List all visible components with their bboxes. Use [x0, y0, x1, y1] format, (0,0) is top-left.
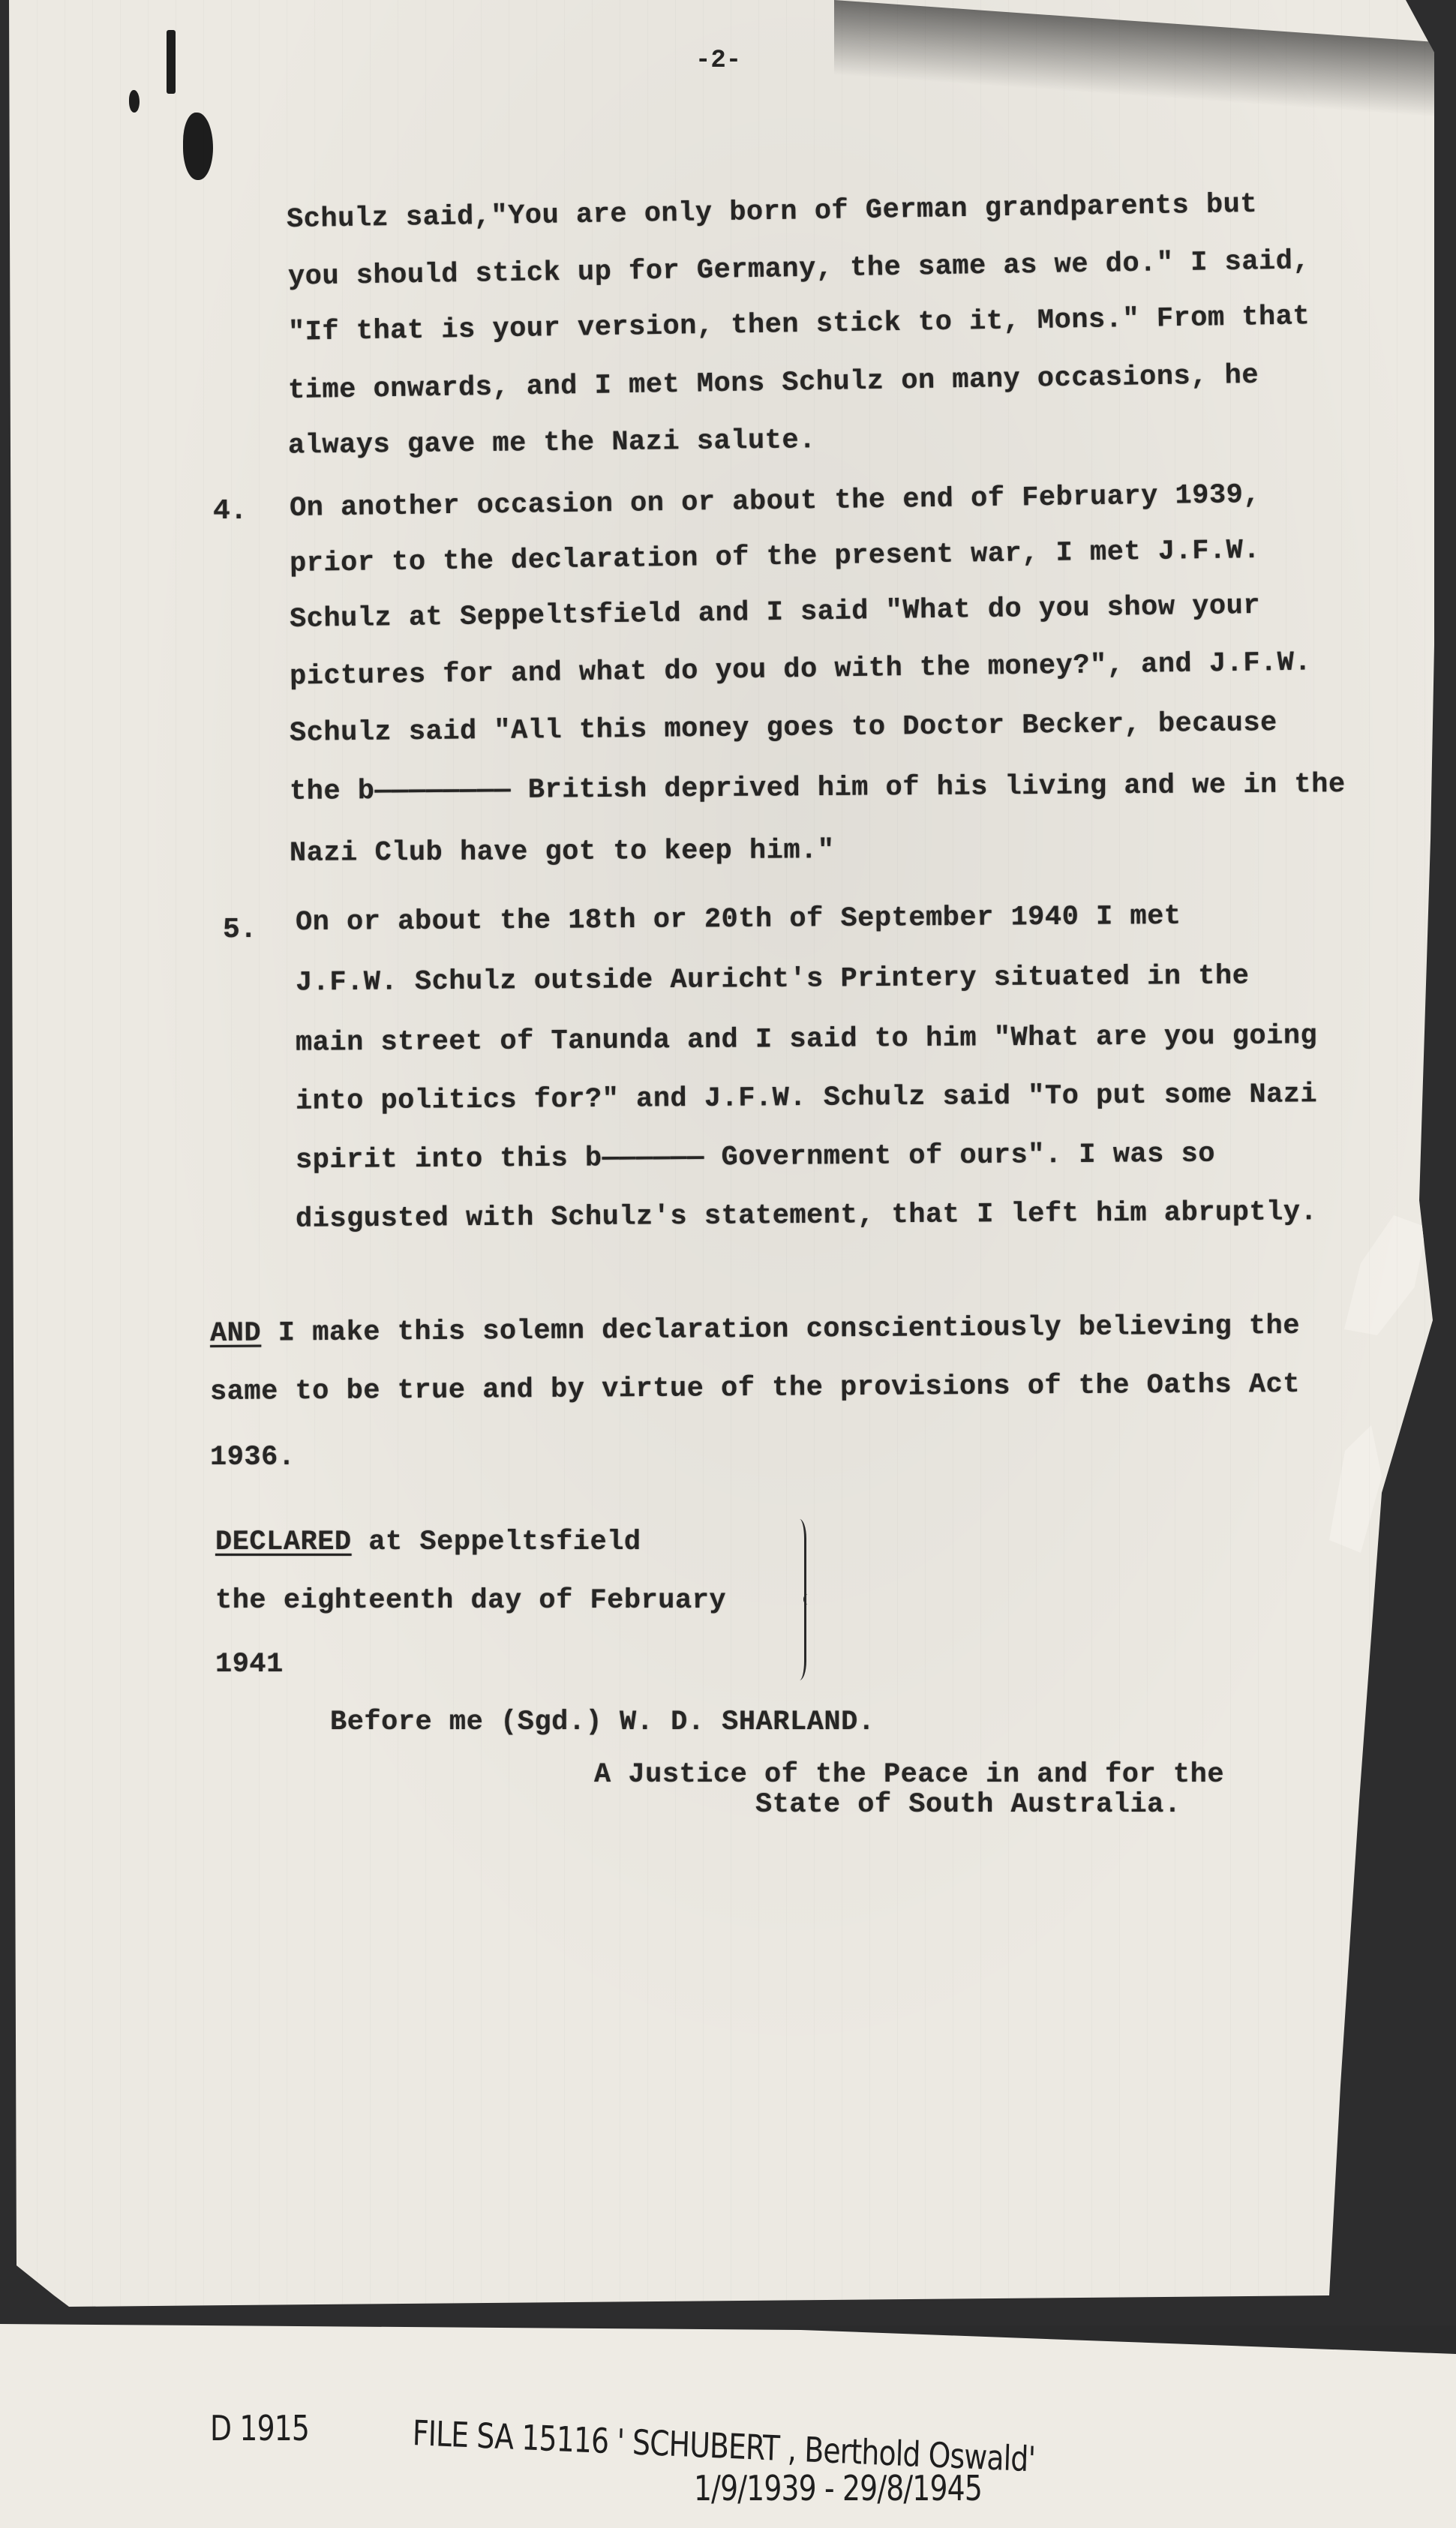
page-number: -2-	[695, 47, 741, 75]
text-line: same to be true and by virtue of the pro…	[210, 1369, 1300, 1408]
torn-paper-edge	[1344, 1215, 1427, 1335]
ink-blot-mark	[183, 113, 213, 180]
text-line: time onwards, and I met Mons Schulz on m…	[288, 360, 1259, 407]
text-line: On or about the 18th or 20th of Septembe…	[296, 901, 1181, 938]
declared-place: at Seppeltsfield	[352, 1527, 641, 1558]
text-line: the b———————— British deprived him of hi…	[290, 769, 1346, 808]
paragraph-number: 5.	[223, 914, 257, 946]
archive-reference: D 1915	[210, 2408, 309, 2448]
text-line: "If that is your version, then stick to …	[288, 301, 1310, 348]
text-line: you should stick up for Germany, the sam…	[288, 245, 1310, 293]
curly-brace	[789, 1519, 806, 1680]
ink-blot-mark	[129, 90, 140, 113]
text-line: J.F.W. Schulz outside Auricht's Printery…	[296, 961, 1250, 999]
text-line: 1936.	[210, 1442, 296, 1473]
paragraph-number: 4.	[213, 495, 248, 527]
text-line: Schulz said "All this money goes to Doct…	[290, 707, 1277, 749]
text-line: Nazi Club have got to keep him."	[290, 835, 835, 869]
text-line: On another occasion on or about the end …	[290, 479, 1261, 524]
text-line: disgusted with Schulz's statement, that …	[296, 1196, 1317, 1235]
text-line: prior to the declaration of the present …	[290, 535, 1261, 580]
text-line: DECLARED at Seppeltsfield	[215, 1527, 641, 1558]
archive-date-range: 1/9/1939 - 29/8/1945	[694, 2468, 982, 2508]
declared-year: 1941	[215, 1649, 284, 1680]
document-page: -2- Schulz said,"You are only born of Ge…	[9, 0, 1434, 2318]
text-line: AND I make this solemn declaration consc…	[210, 1311, 1300, 1350]
text-line: into politics for?" and J.F.W. Schulz sa…	[296, 1079, 1317, 1118]
ink-blot-mark	[167, 30, 176, 94]
text-line: always gave me the Nazi salute.	[288, 425, 816, 461]
text-line: pictures for and what do you do with the…	[290, 647, 1312, 692]
page-fold-shadow	[834, 0, 1434, 117]
signature-line: Before me (Sgd.) W. D. SHARLAND.	[330, 1707, 875, 1738]
torn-paper-edge	[1329, 1425, 1382, 1553]
text-line: spirit into this b—————— Government of o…	[296, 1139, 1215, 1177]
declaration-text: I make this solemn declaration conscient…	[261, 1311, 1300, 1350]
declared-date: the eighteenth day of February	[215, 1585, 726, 1617]
archive-label-strip: D 1915 FILE SA 15116 ' SCHUBERT , Bertho…	[0, 2324, 1456, 2528]
justice-title-line-2: State of South Australia.	[755, 1789, 1181, 1821]
text-line: Schulz said,"You are only born of German…	[287, 189, 1258, 236]
declaration-lead-word: AND	[210, 1318, 261, 1350]
text-line: Schulz at Seppeltsfield and I said "What…	[290, 590, 1261, 635]
text-line: main street of Tanunda and I said to him…	[296, 1020, 1317, 1059]
justice-title-line-1: A Justice of the Peace in and for the	[594, 1759, 1224, 1791]
declared-lead-word: DECLARED	[215, 1527, 352, 1558]
